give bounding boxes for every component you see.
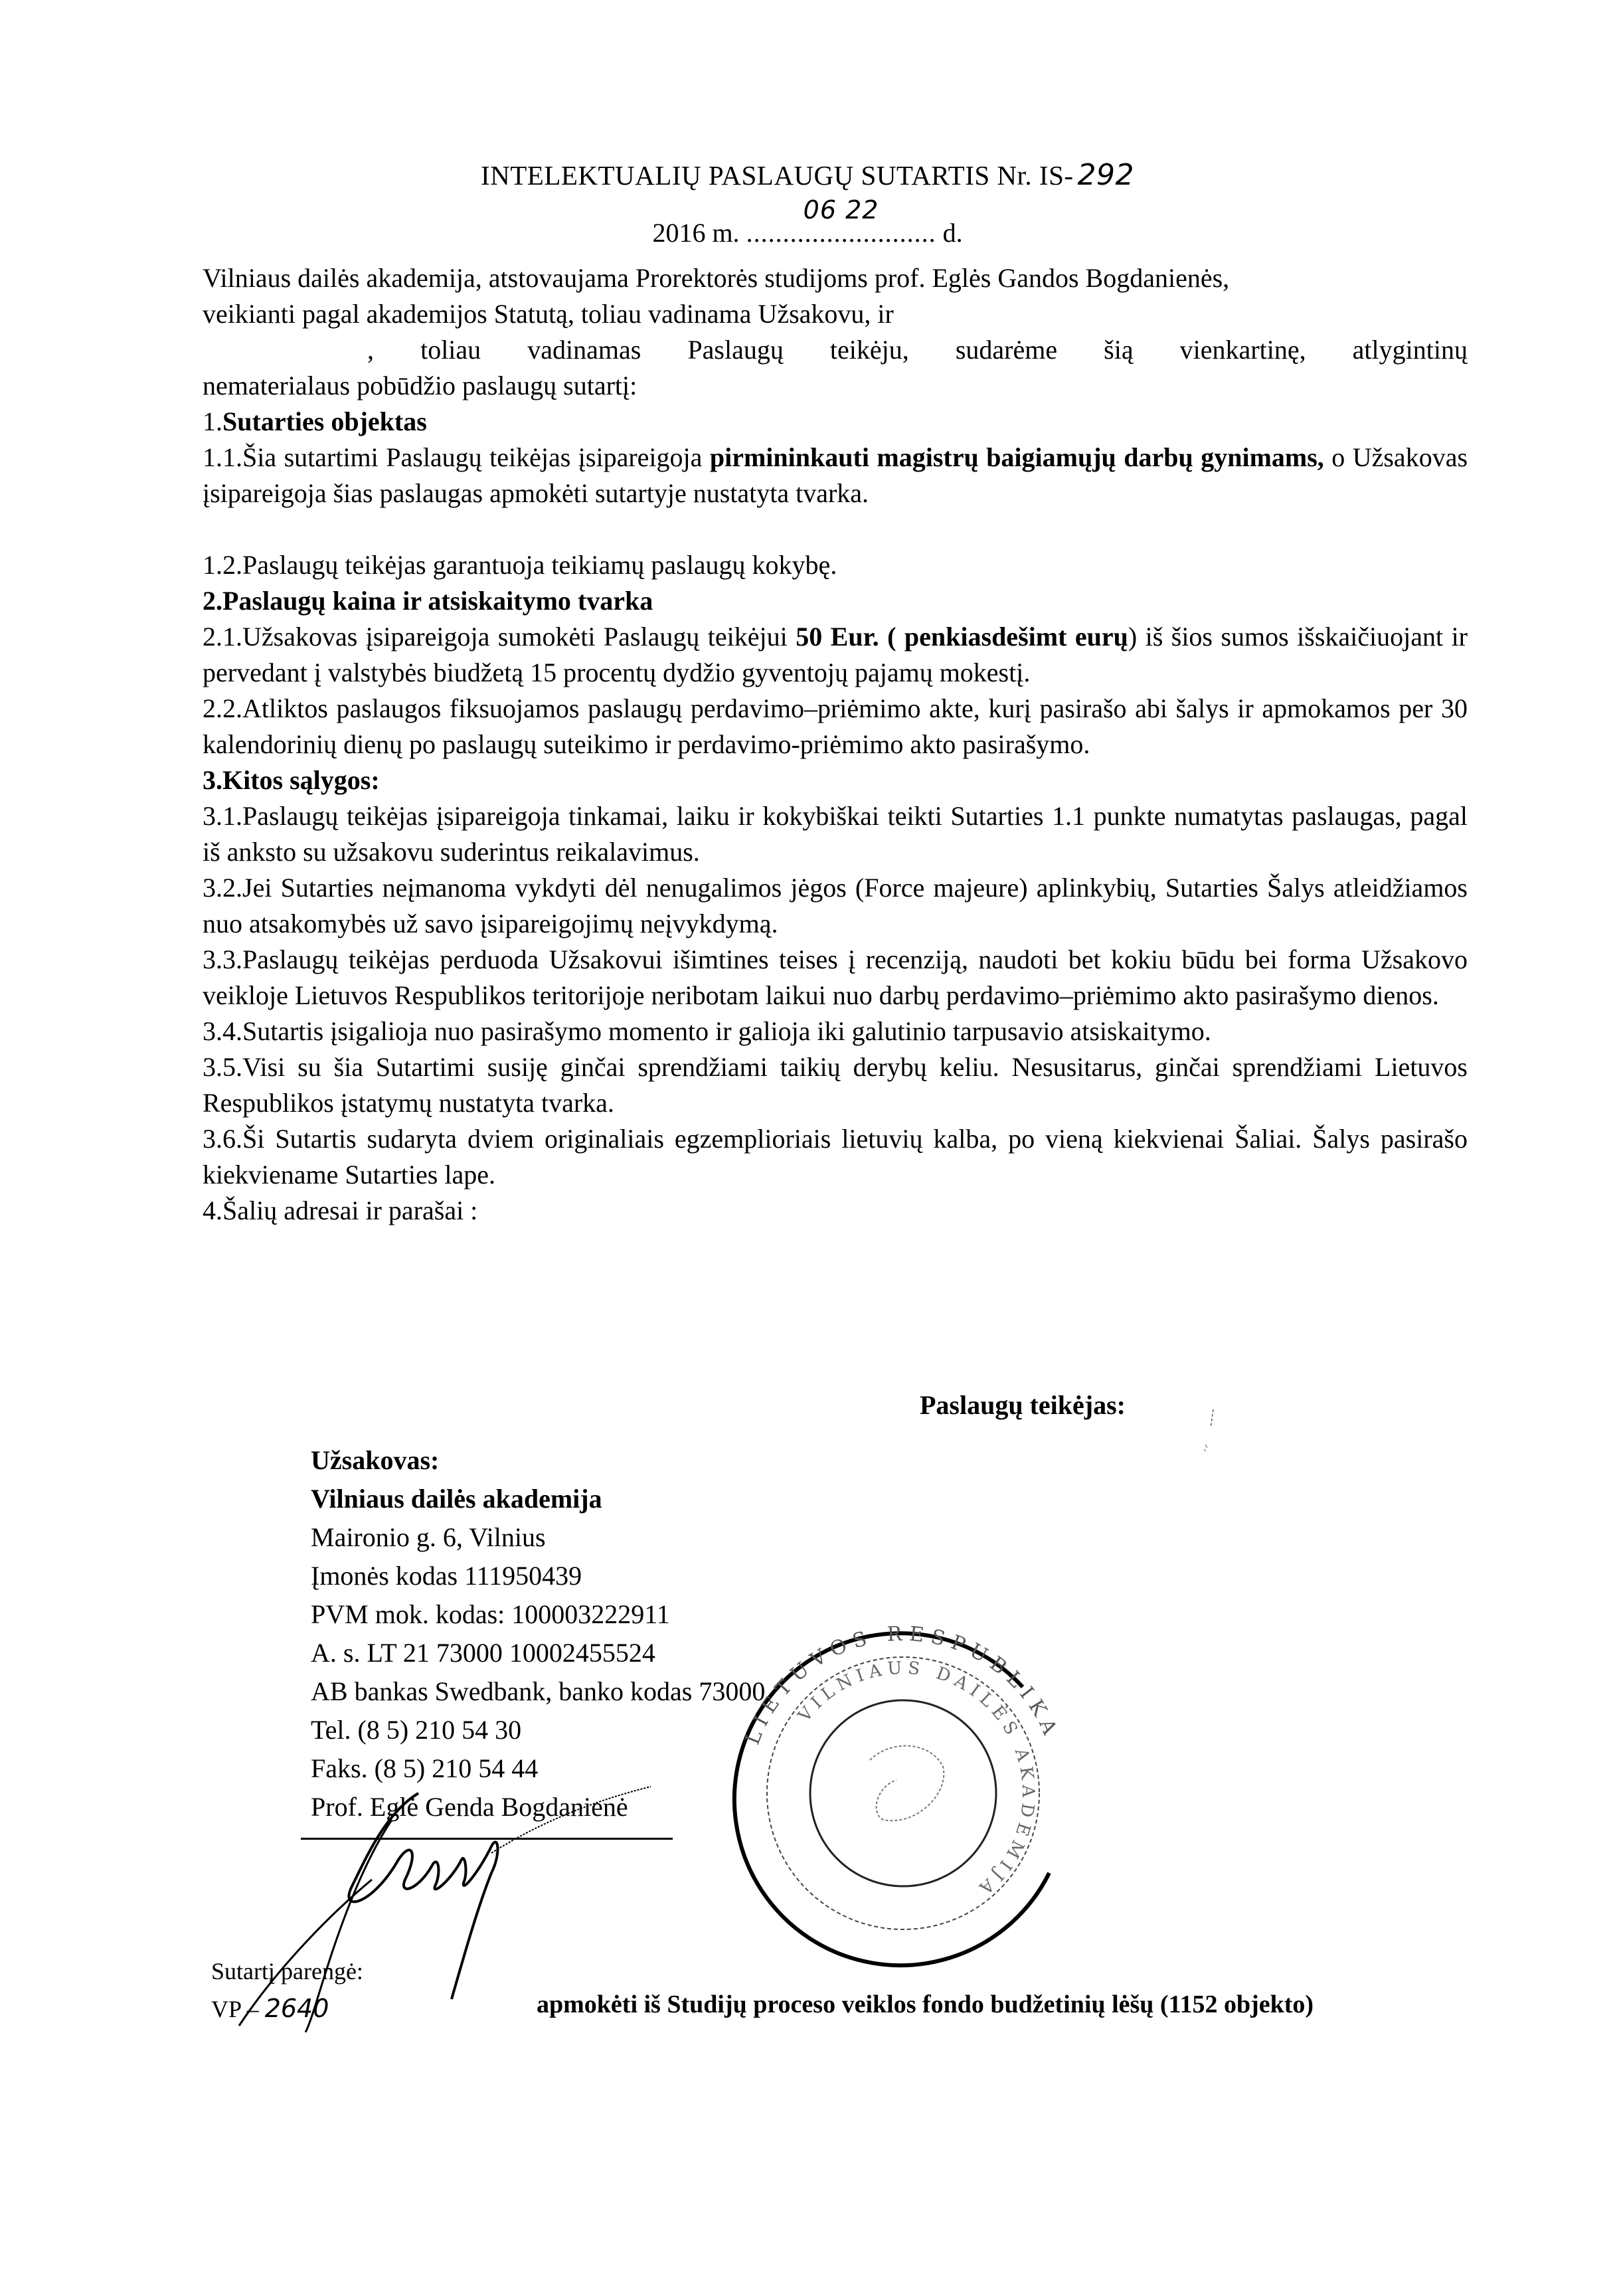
section-heading-2: 2.Paslaugų kaina ir atsiskaitymo tvarka: [203, 583, 1468, 619]
section-heading-1: 1.Sutarties objektas: [203, 404, 1468, 440]
section-number: 3.: [203, 765, 222, 795]
client-bank-account: A. s. LT 21 73000 10002455524: [311, 1634, 765, 1672]
contract-page: INTELEKTUALIŲ PASLAUGŲ SUTARTIS Nr. IS-2…: [0, 0, 1615, 2296]
clause-number: 2.1.: [203, 622, 242, 652]
date-suffix: d.: [943, 218, 963, 248]
spacer: [203, 511, 1468, 547]
clause-number: 1.1.: [203, 442, 242, 472]
clause-1-1: 1.1.Šia sutartimi Paslaugų teikėjas įsip…: [203, 440, 1468, 511]
clause-3-5: 3.5.Visi su šia Sutartimi susiję ginčai …: [203, 1049, 1468, 1121]
client-label: Užsakovas:: [311, 1441, 765, 1480]
preamble-line-3: , toliau vadinamas Paslaugų teikėju, sud…: [203, 332, 1468, 368]
clause-text-bold: pirmininkauti magistrų baigiamųjų darbų …: [710, 442, 1324, 472]
official-stamp: LIETUVOS RESPUBLIKA VILNIAUS DAILĖS AKAD…: [717, 1607, 1089, 1979]
client-phone: Tel. (8 5) 210 54 30: [311, 1711, 765, 1749]
clause-text: Paslaugų teikėjas perduoda Užsakovui iši…: [203, 944, 1468, 1010]
clause-text: Sutartis įsigalioja nuo pasirašymo momen…: [242, 1016, 1211, 1046]
client-vat-code: PVM mok. kodas: 100003222911: [311, 1595, 765, 1634]
title-text: INTELEKTUALIŲ PASLAUGŲ SUTARTIS Nr. IS-: [481, 160, 1074, 191]
funding-note: apmokėti iš Studijų proceso veiklos fond…: [537, 1990, 1314, 2019]
provider-label: Paslaugų teikėjas:: [920, 1389, 1126, 1421]
clause-text: Ši Sutartis sudaryta dviem originaliais …: [203, 1124, 1468, 1190]
svg-text:VILNIAUS DAILĖS AKADEMIJA: VILNIAUS DAILĖS AKADEMIJA: [794, 1658, 1038, 1901]
clause-1-2: 1.2.Paslaugų teikėjas garantuoja teikiam…: [203, 547, 1468, 583]
stamp-inner-text: VILNIAUS DAILĖS AKADEMIJA: [794, 1658, 1038, 1901]
date-fill-field: ..........................06 22: [746, 218, 936, 248]
section-heading-4: 4.Šalių adresai ir parašai :: [203, 1193, 1468, 1229]
section-title: Kitos sąlygos:: [222, 765, 380, 795]
preamble-line-1: Vilniaus dailės akademija, atstovaujama …: [203, 260, 1468, 296]
handwritten-date: 06 22: [746, 195, 936, 224]
section-number: 2.: [203, 586, 222, 616]
client-bank: AB bankas Swedbank, banko kodas 73000: [311, 1672, 765, 1711]
date-year: 2016 m.: [652, 218, 739, 248]
document-title: INTELEKTUALIŲ PASLAUGŲ SUTARTIS Nr. IS-2…: [0, 158, 1615, 192]
clause-text: Paslaugų teikėjas įsipareigoja tinkamai,…: [203, 801, 1468, 867]
clause-number: 3.6.: [203, 1124, 242, 1154]
code-prefix: VP –: [211, 1996, 259, 2022]
section-title: Paslaugų kaina ir atsiskaitymo tvarka: [222, 586, 653, 616]
preamble-line-4: nematerialaus pobūdžio paslaugų sutartį:: [203, 368, 1468, 404]
clause-3-3: 3.3.Paslaugų teikėjas perduoda Užsakovui…: [203, 942, 1468, 1014]
clause-number: 2.2.: [203, 693, 242, 723]
clause-3-2: 3.2.Jei Sutarties neįmanoma vykdyti dėl …: [203, 870, 1468, 942]
contract-body: Vilniaus dailės akademija, atstovaujama …: [203, 260, 1468, 1229]
clause-text: Atliktos paslaugos fiksuojamos paslaugų …: [203, 693, 1468, 759]
clause-number: 3.2.: [203, 873, 242, 903]
client-name: Vilniaus dailės akademija: [311, 1480, 765, 1518]
handwritten-code: 2640: [265, 1994, 329, 2023]
clause-text: Jei Sutarties neįmanoma vykdyti dėl nenu…: [203, 873, 1468, 938]
clause-text: Šia sutartimi Paslaugų teikėjas įsiparei…: [242, 442, 710, 472]
client-details: Užsakovas: Vilniaus dailės akademija Mai…: [311, 1441, 765, 1826]
section-heading-3: 3.Kitos sąlygos:: [203, 762, 1468, 798]
section-number: 1.: [203, 406, 222, 436]
clause-3-6: 3.6.Ši Sutartis sudaryta dviem originali…: [203, 1121, 1468, 1193]
clause-number: 3.5.: [203, 1052, 242, 1082]
clause-3-4: 3.4.Sutartis įsigalioja nuo pasirašymo m…: [203, 1014, 1468, 1049]
clause-number: 1.2.: [203, 550, 242, 580]
preamble-line-2: veikianti pagal akademijos Statutą, toli…: [203, 296, 1468, 332]
clause-2-2: 2.2.Atliktos paslaugos fiksuojamos pasla…: [203, 691, 1468, 762]
contract-date: 2016 m. ..........................06 22 …: [0, 217, 1615, 248]
clause-text: Užsakovas įsipareigoja sumokėti Paslaugų…: [242, 622, 796, 652]
clause-number: 3.1.: [203, 801, 242, 831]
clause-number: 3.4.: [203, 1016, 242, 1046]
prepared-by-code: VP – 2640: [211, 1990, 363, 2028]
prepared-by: Sutartį parengė: VP – 2640: [211, 1953, 363, 2028]
clause-number: 3.3.: [203, 944, 242, 974]
clause-text-bold: 50 Eur. ( penkiasdešimt eurų: [796, 622, 1128, 652]
clause-text: Paslaugų teikėjas garantuoja teikiamų pa…: [242, 550, 837, 580]
client-address: Maironio g. 6, Vilnius: [311, 1518, 765, 1557]
provider-signature-mark: [1199, 1408, 1219, 1455]
prepared-by-label: Sutartį parengė:: [211, 1953, 363, 1990]
clause-2-1: 2.1.Užsakovas įsipareigoja sumokėti Pasl…: [203, 619, 1468, 691]
clause-3-1: 3.1.Paslaugų teikėjas įsipareigoja tinka…: [203, 798, 1468, 870]
handwritten-contract-number: 292: [1078, 158, 1134, 192]
client-company-code: Įmonės kodas 111950439: [311, 1557, 765, 1595]
clause-text: Visi su šia Sutartimi susiję ginčai spre…: [203, 1052, 1468, 1118]
section-title: Sutarties objektas: [222, 406, 427, 436]
